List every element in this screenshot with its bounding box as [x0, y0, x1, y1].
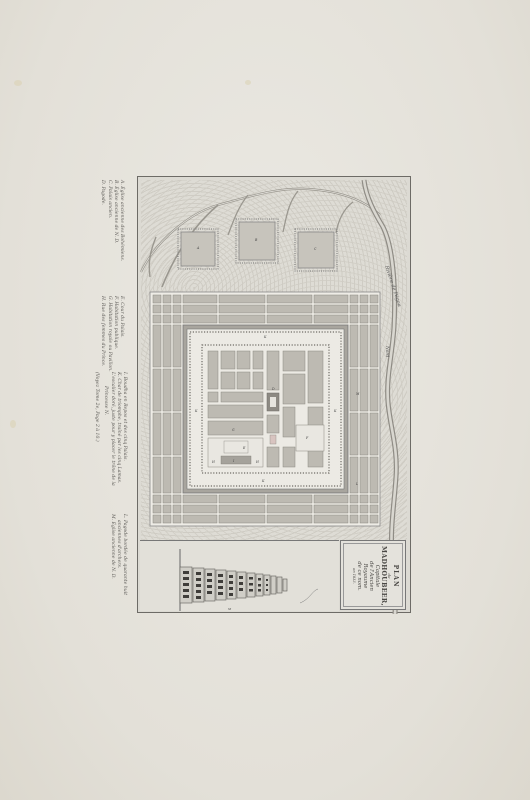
foxing-stain [10, 420, 16, 428]
foxing-stain [14, 80, 22, 86]
legend-item: L. Pagode bordée de quarante huit [121, 514, 127, 595]
north-label: Nord [384, 346, 389, 357]
title-cartouche: PLAN de MADHOUBEER, Capitale de l'Ancien… [340, 540, 406, 610]
svg-text:L: L [355, 482, 358, 486]
legend-item: L'escalier doré, juste pour y placer le … [108, 372, 114, 486]
title-city-name: MADHOUBEER, [380, 545, 387, 607]
svg-text:M: M [355, 392, 360, 396]
legend-item: C. Palais ancien. [105, 180, 111, 261]
svg-text:M: M [227, 607, 232, 611]
title-subtitle-2: de l'Ancien [368, 545, 374, 607]
legend-column-4: L. Pagode bordée de quarante huit ancien… [108, 514, 127, 595]
title-text-block: PLAN de MADHOUBEER, Capitale de l'Ancien… [352, 545, 399, 607]
legend-item: A. Église ancienne des Bohémiens. [118, 180, 124, 261]
legend-item: H. Rue des femmes du Prince. [99, 296, 105, 372]
legend-column-2: E. Cour du Palais. F. Habitation publiqu… [99, 296, 124, 372]
svg-text:D: D [271, 387, 275, 391]
legend-item: anciennes d'archers. [115, 514, 121, 595]
legend-item: K. Char de triomphe, traîné par les cinq… [115, 372, 121, 486]
title-subtitle-4: de ce nom. [356, 545, 362, 607]
legend-item: M. Église ancienne de N. D. [108, 514, 114, 595]
legend-item: G. Habitation royale ou Pavillon. [105, 296, 111, 372]
title-plan: PLAN [392, 545, 399, 607]
legend-column-1: A. Église ancienne des Bohémiens. B. Égl… [99, 180, 124, 261]
legend-column-3: I. Boudha en Repos et des cinq Palais. K… [102, 372, 127, 486]
legend-item: B. Église ancienne de N. D. [112, 180, 118, 261]
svg-text:H: H [211, 460, 215, 464]
legend-item: I. Boudha en Repos et des cinq Palais. [121, 372, 127, 486]
legend-item: F. Habitation publique. [112, 296, 118, 372]
legend-item: E. Cour du Palais. [118, 296, 124, 372]
legend-note: (Voyez Tome 2e, Page 2 à 10.) [93, 372, 99, 442]
title-subtitle-3: Royaume [362, 545, 368, 607]
foxing-stain [245, 80, 251, 85]
svg-text:H: H [255, 460, 259, 464]
legend-item: D. Pagode. [99, 180, 105, 261]
pagoda-elevation-drawing: M [140, 541, 339, 611]
title-date: en 1833. [352, 545, 356, 607]
title-de: de [387, 545, 392, 607]
pagoda-elevation-inset: M [140, 540, 339, 611]
